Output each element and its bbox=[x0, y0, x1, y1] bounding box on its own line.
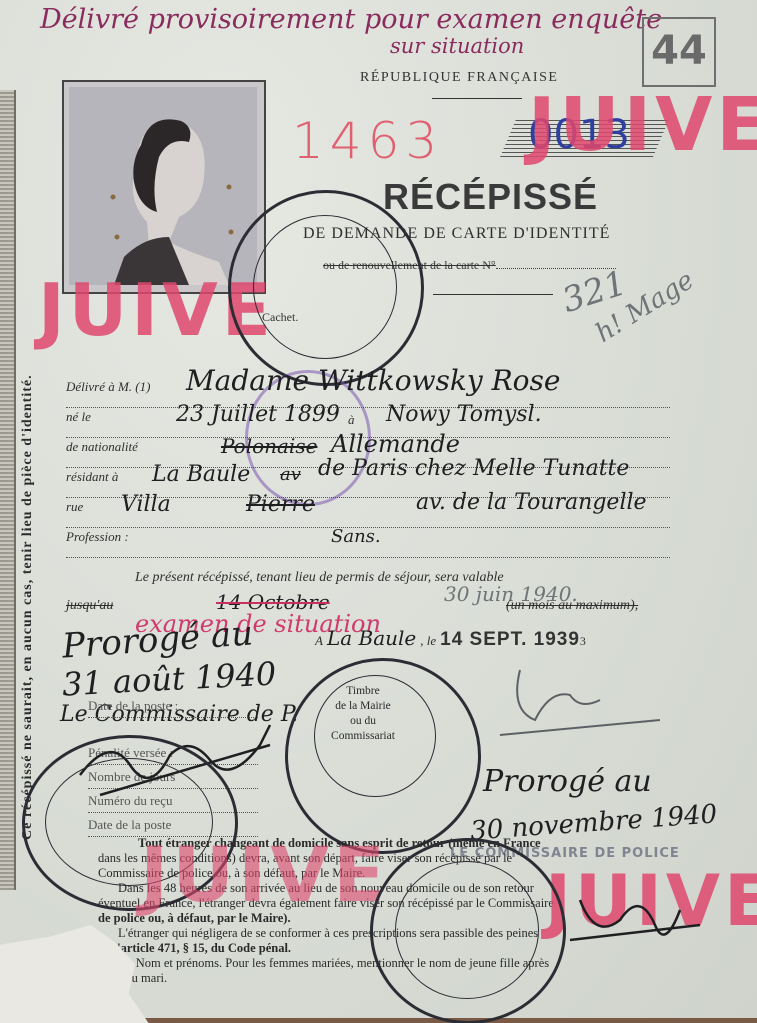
seal-ville-de-la-baule-top bbox=[228, 190, 424, 386]
portrait-icon bbox=[69, 87, 257, 285]
field-delivered-to: Délivré à M. (1) Madame Wittkowsky Rose bbox=[66, 378, 670, 408]
juive-stamp-top: JUIVE bbox=[528, 82, 757, 168]
red-handwritten-number: 1463 bbox=[292, 112, 443, 170]
date-stamp: 14 SEPT. 1939 bbox=[440, 629, 580, 650]
divider bbox=[433, 294, 553, 295]
field-street: rue Villa Pierre av. de la Tourangelle bbox=[66, 498, 670, 528]
left-binding-strip bbox=[0, 90, 16, 890]
document-title: RÉCÉPISSÉ bbox=[383, 176, 598, 218]
seal-police-bottom bbox=[370, 838, 566, 1023]
signature-right-top bbox=[480, 650, 680, 740]
place-date-line: A La Baule , le 14 SEPT. 19393 bbox=[315, 626, 586, 651]
seal-top-ring-text bbox=[240, 170, 241, 171]
signature-right-bottom bbox=[560, 870, 710, 960]
divider bbox=[432, 98, 522, 99]
handwritten-note-line2: sur situation bbox=[390, 34, 524, 58]
seal-middle-text: Timbre de la Mairie ou du Commissariat bbox=[313, 684, 413, 744]
vertical-margin-text: Ce récépissé ne saurait, en aucun cas, t… bbox=[20, 374, 36, 840]
juive-stamp-bottom-left: JUIVE bbox=[140, 830, 389, 919]
field-profession: Profession : Sans. bbox=[66, 528, 670, 558]
box-number-44: 44 bbox=[642, 17, 716, 87]
identity-fields: Délivré à M. (1) Madame Wittkowsky Rose … bbox=[66, 378, 670, 558]
handwritten-note-line1: Délivré provisoirement pour examen enquê… bbox=[40, 4, 662, 35]
document-paper: Délivré provisoirement pour examen enquê… bbox=[0, 0, 757, 1018]
prolongation-right-line1: Prorogé au bbox=[483, 764, 652, 799]
identity-photo bbox=[69, 87, 257, 285]
cachet-label: Cachet. bbox=[262, 310, 298, 325]
